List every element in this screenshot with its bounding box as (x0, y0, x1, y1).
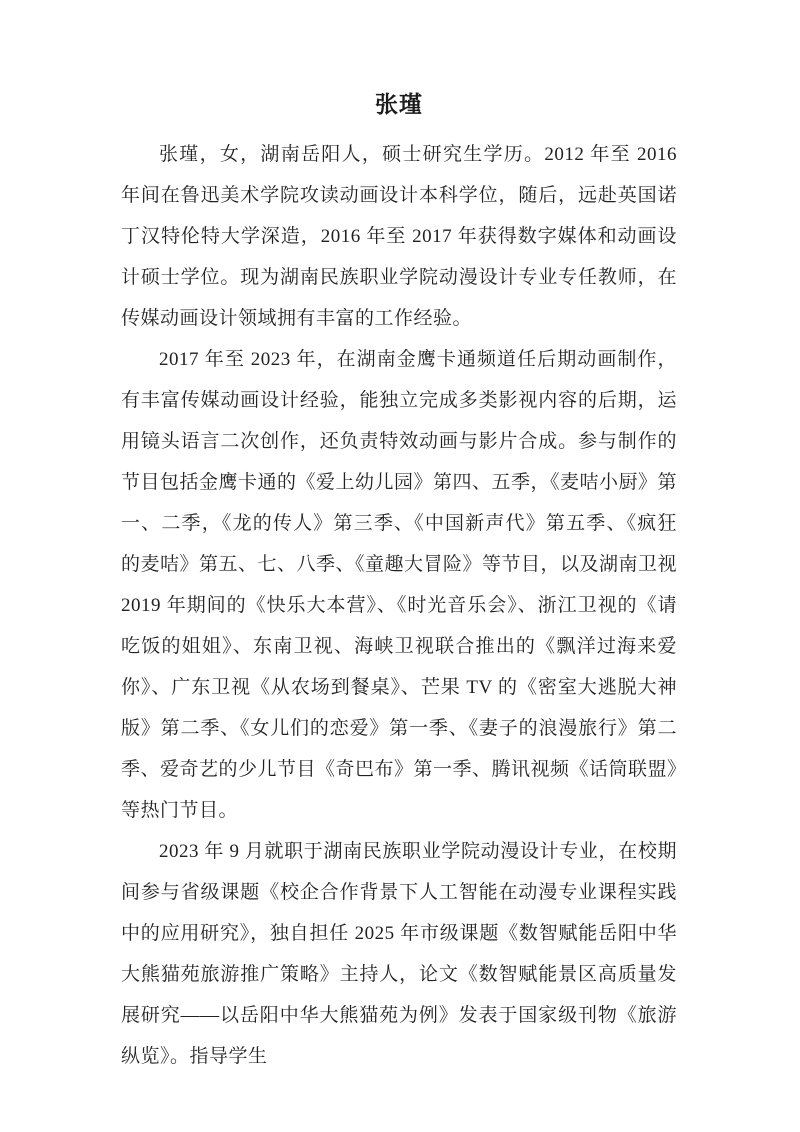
bio-paragraph-teaching: 2023 年 9 月就职于湖南民族职业学院动漫设计专业，在校期间参与省级课题《校… (121, 831, 677, 1077)
document-title: 张瑾 (121, 90, 677, 120)
bio-paragraph-education: 张瑾，女，湖南岳阳人，硕士研究生学历。2012 年至 2016 年间在鲁迅美术学… (121, 134, 677, 339)
document-page: 张瑾 张瑾，女，湖南岳阳人，硕士研究生学历。2012 年至 2016 年间在鲁迅… (0, 0, 800, 1132)
bio-paragraph-career: 2017 年至 2023 年，在湖南金鹰卡通频道任后期动画制作，有丰富传媒动画设… (121, 339, 677, 831)
document-content: 张瑾 张瑾，女，湖南岳阳人，硕士研究生学历。2012 年至 2016 年间在鲁迅… (121, 90, 677, 1077)
